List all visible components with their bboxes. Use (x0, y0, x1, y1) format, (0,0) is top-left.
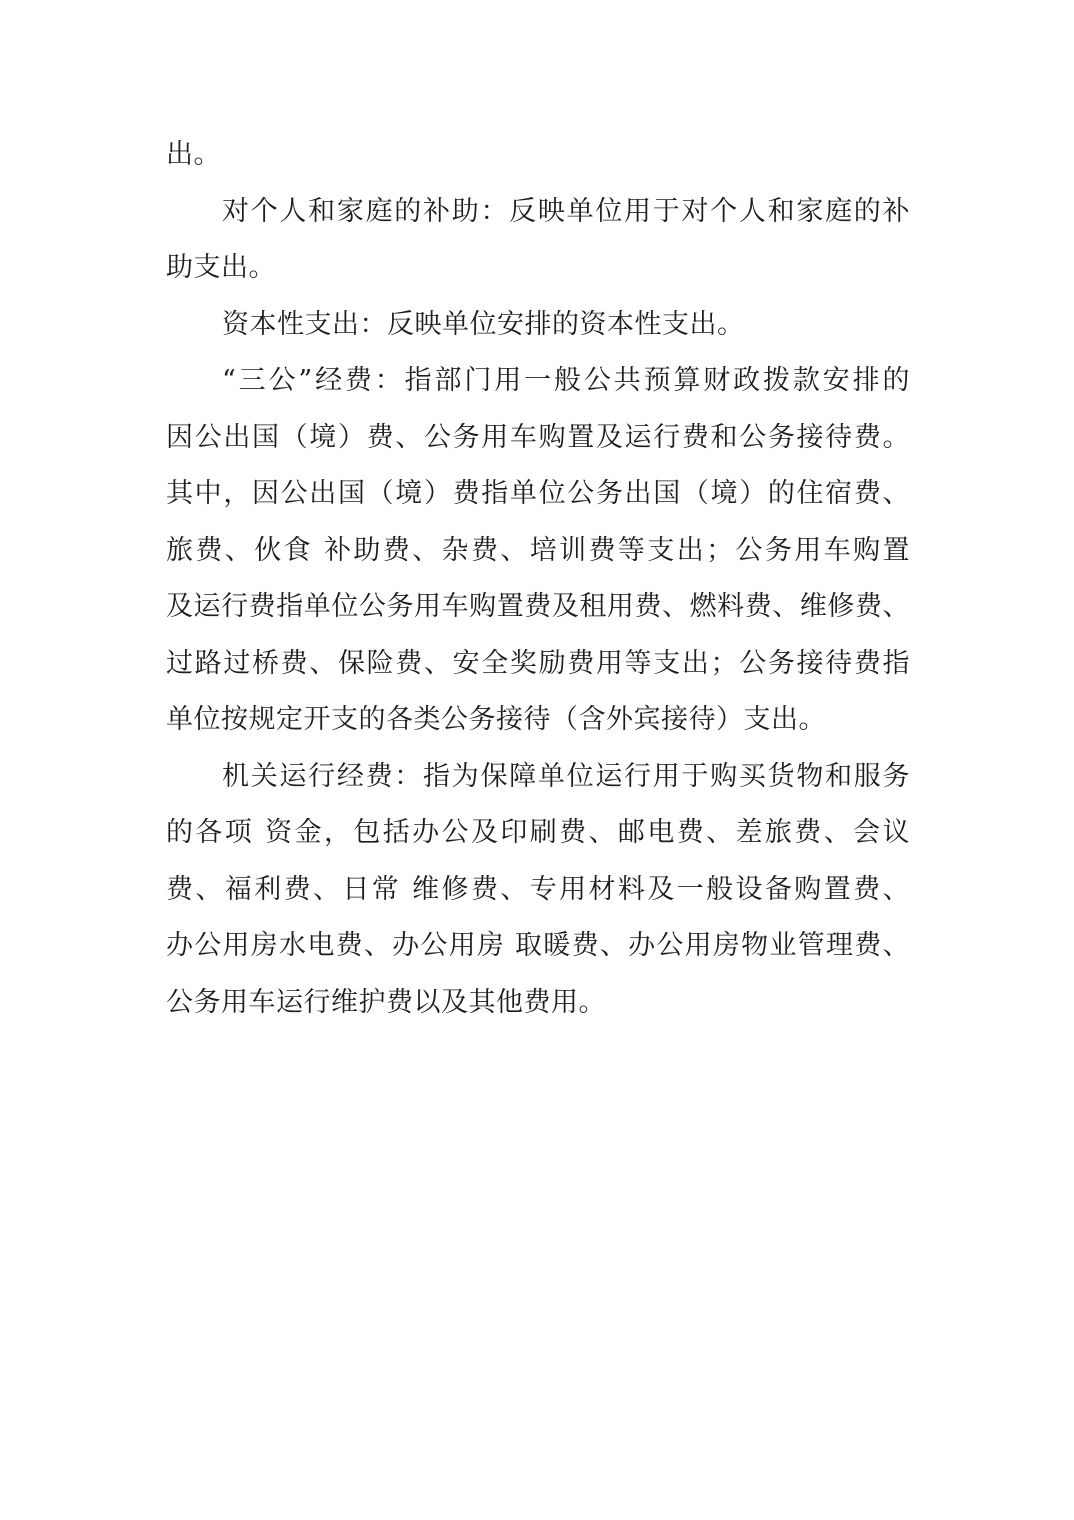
text-line: 因公出国（境）费、公务用车购置及运行费和公务接待费。 (166, 410, 910, 467)
text-line: 公务用车运行维护费以及其他费用。 (166, 975, 910, 1032)
document-body: 出。对个人和家庭的补助：反映单位用于对个人和家庭的补助支出。资本性支出：反映单位… (166, 127, 910, 1031)
text-line: “三公”经费：指部门用一般公共预算财政拨款安排的 (166, 353, 910, 410)
text-line: 助支出。 (166, 240, 910, 297)
text-line: 机关运行经费：指为保障单位运行用于购买货物和服务 (166, 749, 910, 806)
text-line: 过路过桥费、保险费、安全奖励费用等支出；公务接待费指 (166, 636, 910, 693)
text-line: 资本性支出：反映单位安排的资本性支出。 (166, 297, 910, 354)
text-line: 的各项 资金，包括办公及印刷费、邮电费、差旅费、会议 (166, 805, 910, 862)
text-line: 其中，因公出国（境）费指单位公务出国（境）的住宿费、 (166, 466, 910, 523)
text-line: 办公用房水电费、办公用房 取暖费、办公用房物业管理费、 (166, 918, 910, 975)
document-page: 出。对个人和家庭的补助：反映单位用于对个人和家庭的补助支出。资本性支出：反映单位… (0, 0, 1074, 1520)
text-line: 费、福利费、日常 维修费、专用材料及一般设备购置费、 (166, 862, 910, 919)
text-line: 出。 (166, 127, 910, 184)
text-line: 及运行费指单位公务用车购置费及租用费、燃料费、维修费、 (166, 579, 910, 636)
text-line: 旅费、伙食 补助费、杂费、培训费等支出；公务用车购置 (166, 523, 910, 580)
text-line: 对个人和家庭的补助：反映单位用于对个人和家庭的补 (166, 184, 910, 241)
text-line: 单位按规定开支的各类公务接待（含外宾接待）支出。 (166, 692, 910, 749)
